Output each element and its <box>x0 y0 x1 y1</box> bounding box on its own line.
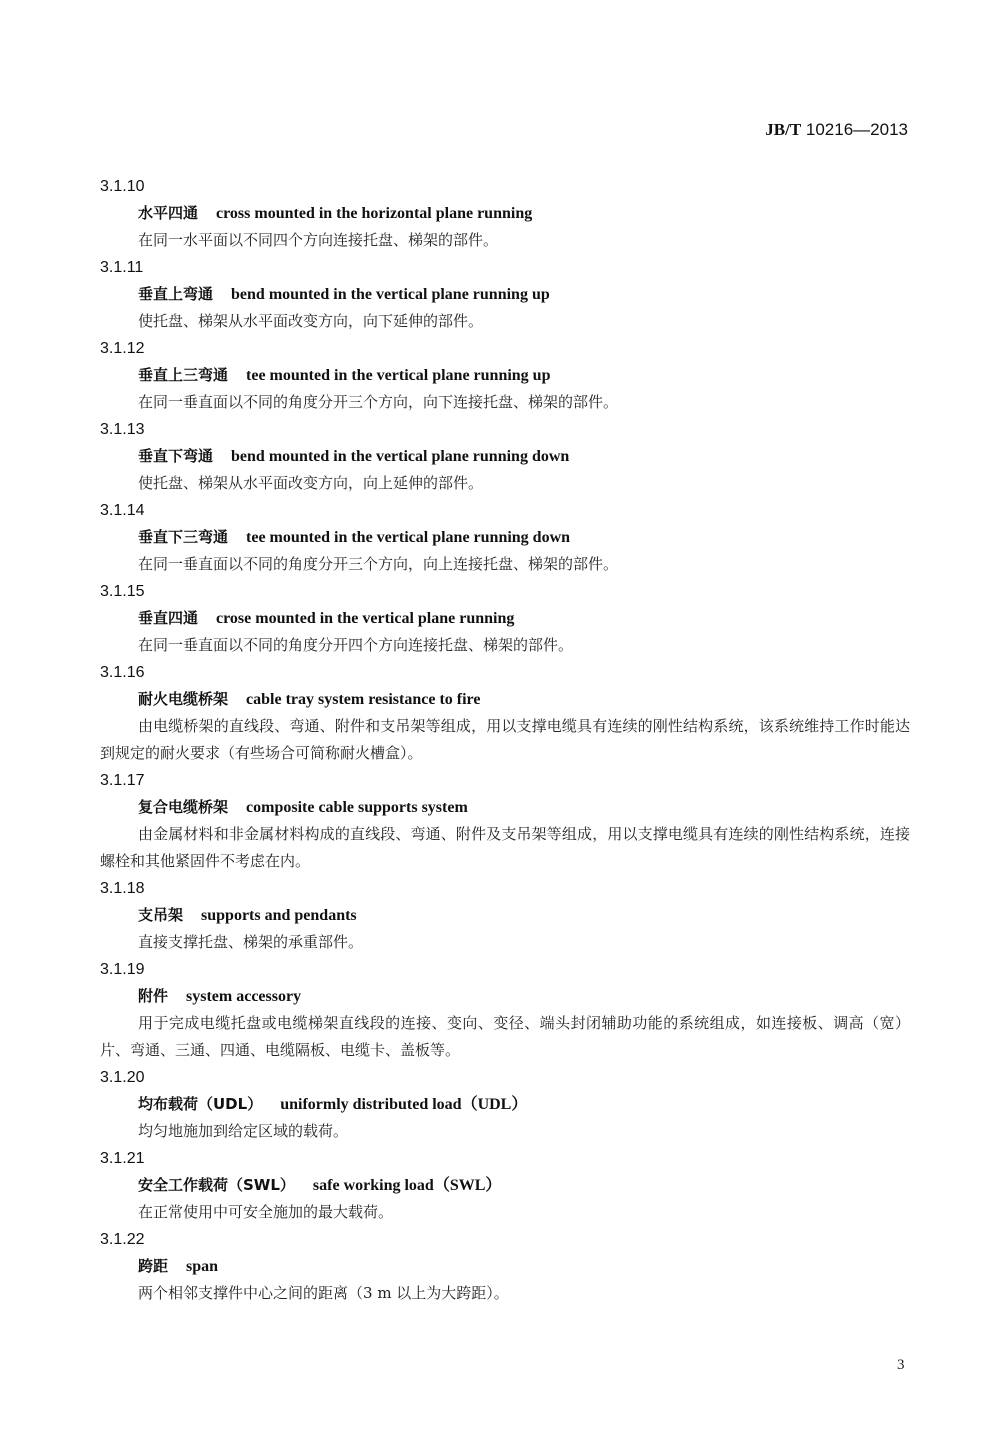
term-en: tee mounted in the vertical plane runnin… <box>246 367 550 384</box>
term-zh: 支吊架 <box>138 906 183 924</box>
clause-number: 3.1.12 <box>100 335 910 362</box>
term-title: 垂直下三弯通tee mounted in the vertical plane … <box>138 524 910 551</box>
clause-number: 3.1.10 <box>100 173 910 200</box>
standard-code: JB/T <box>765 120 801 139</box>
term-entry: 3.1.10 水平四通cross mounted in the horizont… <box>100 173 910 254</box>
term-title: 复合电缆桥架composite cable supports system <box>138 794 910 821</box>
term-zh: 垂直上三弯通 <box>138 366 228 384</box>
term-title: 垂直上三弯通tee mounted in the vertical plane … <box>138 362 910 389</box>
term-en: safe working load（SWL） <box>313 1177 501 1194</box>
clause-number: 3.1.11 <box>100 254 910 281</box>
term-entry: 3.1.17 复合电缆桥架composite cable supports sy… <box>100 767 910 875</box>
term-en: cable tray system resistance to fire <box>246 691 480 708</box>
term-zh: 垂直下弯通 <box>138 447 213 465</box>
clause-number: 3.1.19 <box>100 956 910 983</box>
term-definition: 两个相邻支撑件中心之间的距离（3 m 以上为大跨距）。 <box>138 1280 910 1307</box>
term-en: system accessory <box>186 988 301 1005</box>
clause-number: 3.1.17 <box>100 767 910 794</box>
term-title: 均布载荷（UDL）uniformly distributed load（UDL） <box>138 1091 910 1118</box>
term-zh: 垂直上弯通 <box>138 285 213 303</box>
term-entry: 3.1.21 安全工作载荷（SWL）safe working load（SWL）… <box>100 1145 910 1226</box>
term-zh: 垂直下三弯通 <box>138 528 228 546</box>
clause-number: 3.1.15 <box>100 578 910 605</box>
terms-list: 3.1.10 水平四通cross mounted in the horizont… <box>100 173 910 1307</box>
term-title: 垂直四通crose mounted in the vertical plane … <box>138 605 910 632</box>
term-en: tee mounted in the vertical plane runnin… <box>246 529 570 546</box>
term-definition: 使托盘、梯架从水平面改变方向，向上延伸的部件。 <box>138 470 910 497</box>
term-en: uniformly distributed load（UDL） <box>280 1096 527 1113</box>
term-zh: 附件 <box>138 987 168 1005</box>
term-en: span <box>186 1258 218 1275</box>
term-entry: 3.1.13 垂直下弯通bend mounted in the vertical… <box>100 416 910 497</box>
term-title: 附件system accessory <box>138 983 910 1010</box>
term-en: composite cable supports system <box>246 799 468 816</box>
term-zh: 垂直四通 <box>138 609 198 627</box>
page-number: 3 <box>897 1357 905 1374</box>
term-zh: 复合电缆桥架 <box>138 798 228 816</box>
term-title: 安全工作载荷（SWL）safe working load（SWL） <box>138 1172 910 1199</box>
term-zh: 跨距 <box>138 1257 168 1275</box>
term-zh: 耐火电缆桥架 <box>138 690 228 708</box>
term-definition: 在同一垂直面以不同的角度分开四个方向连接托盘、梯架的部件。 <box>138 632 910 659</box>
term-entry: 3.1.12 垂直上三弯通tee mounted in the vertical… <box>100 335 910 416</box>
term-title: 耐火电缆桥架cable tray system resistance to fi… <box>138 686 910 713</box>
clause-number: 3.1.16 <box>100 659 910 686</box>
term-title: 水平四通cross mounted in the horizontal plan… <box>138 200 910 227</box>
term-entry: 3.1.18 支吊架supports and pendants 直接支撑托盘、梯… <box>100 875 910 956</box>
clause-number: 3.1.21 <box>100 1145 910 1172</box>
term-zh: 水平四通 <box>138 204 198 222</box>
standard-number: 10216—2013 <box>801 120 908 139</box>
clause-number: 3.1.20 <box>100 1064 910 1091</box>
term-entry: 3.1.14 垂直下三弯通tee mounted in the vertical… <box>100 497 910 578</box>
term-title: 支吊架supports and pendants <box>138 902 910 929</box>
term-definition: 用于完成电缆托盘或电缆梯架直线段的连接、变向、变径、端头封闭辅助功能的系统组成，… <box>100 1010 910 1064</box>
term-title: 垂直上弯通bend mounted in the vertical plane … <box>138 281 910 308</box>
term-entry: 3.1.20 均布载荷（UDL）uniformly distributed lo… <box>100 1064 910 1145</box>
term-entry: 3.1.11 垂直上弯通bend mounted in the vertical… <box>100 254 910 335</box>
term-entry: 3.1.15 垂直四通crose mounted in the vertical… <box>100 578 910 659</box>
term-en: bend mounted in the vertical plane runni… <box>231 286 550 303</box>
term-zh: 安全工作载荷（SWL） <box>138 1176 295 1194</box>
term-definition: 由电缆桥架的直线段、弯通、附件和支吊架等组成，用以支撑电缆具有连续的刚性结构系统… <box>100 713 910 767</box>
term-definition: 在同一水平面以不同四个方向连接托盘、梯架的部件。 <box>138 227 910 254</box>
term-en: cross mounted in the horizontal plane ru… <box>216 205 532 222</box>
term-title: 垂直下弯通bend mounted in the vertical plane … <box>138 443 910 470</box>
clause-number: 3.1.14 <box>100 497 910 524</box>
term-entry: 3.1.16 耐火电缆桥架cable tray system resistanc… <box>100 659 910 767</box>
document-header: JB/T 10216—2013 <box>765 120 908 140</box>
term-definition: 在同一垂直面以不同的角度分开三个方向，向下连接托盘、梯架的部件。 <box>138 389 910 416</box>
clause-number: 3.1.22 <box>100 1226 910 1253</box>
term-definition: 直接支撑托盘、梯架的承重部件。 <box>138 929 910 956</box>
term-definition: 由金属材料和非金属材料构成的直线段、弯通、附件及支吊架等组成，用以支撑电缆具有连… <box>100 821 910 875</box>
term-title: 跨距span <box>138 1253 910 1280</box>
term-definition: 均匀地施加到给定区域的载荷。 <box>138 1118 910 1145</box>
term-entry: 3.1.19 附件system accessory 用于完成电缆托盘或电缆梯架直… <box>100 956 910 1064</box>
term-definition: 使托盘、梯架从水平面改变方向，向下延伸的部件。 <box>138 308 910 335</box>
term-en: supports and pendants <box>201 907 357 924</box>
term-zh: 均布载荷（UDL） <box>138 1095 262 1113</box>
clause-number: 3.1.18 <box>100 875 910 902</box>
term-en: crose mounted in the vertical plane runn… <box>216 610 514 627</box>
term-definition: 在正常使用中可安全施加的最大载荷。 <box>138 1199 910 1226</box>
term-entry: 3.1.22 跨距span 两个相邻支撑件中心之间的距离（3 m 以上为大跨距）… <box>100 1226 910 1307</box>
clause-number: 3.1.13 <box>100 416 910 443</box>
term-en: bend mounted in the vertical plane runni… <box>231 448 569 465</box>
term-definition: 在同一垂直面以不同的角度分开三个方向，向上连接托盘、梯架的部件。 <box>138 551 910 578</box>
